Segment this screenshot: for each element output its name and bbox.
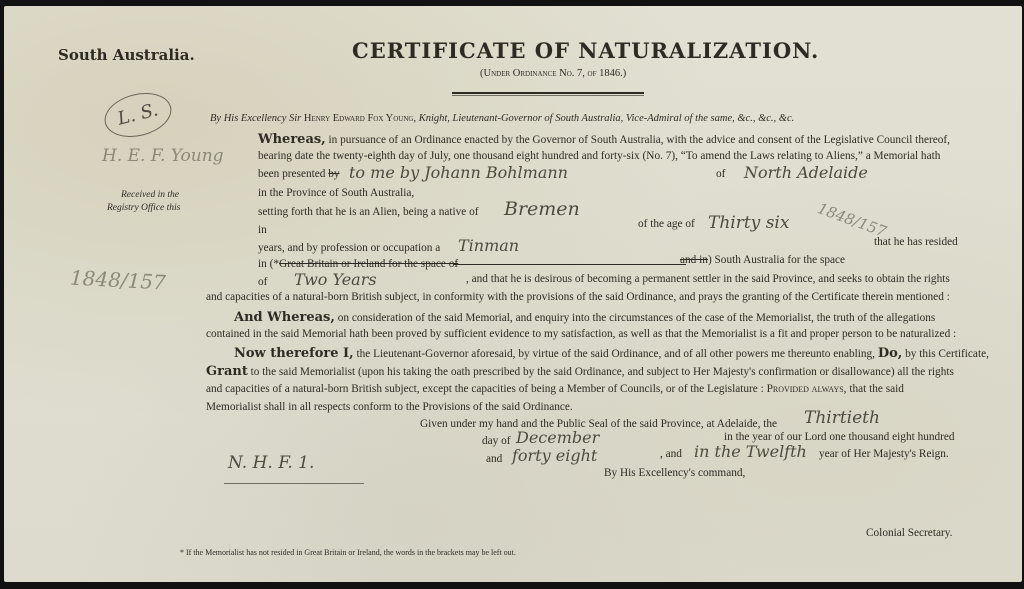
of-label: of [716, 169, 725, 180]
filled-reign-year: in the Twelfth [694, 442, 807, 461]
title-rule-thin [452, 95, 644, 96]
body-text: on consideration of the said Memorial, a… [338, 312, 936, 324]
body-line-4: in the Province of South Australia, [258, 188, 414, 199]
body-line-13: Now therefore I, the Lieutenant-Governor… [234, 347, 989, 360]
received-label-2: Registry Office this [107, 203, 180, 213]
filled-day: Thirtieth [804, 408, 880, 428]
governor-name: Henry Edward Fox Young, [304, 113, 416, 124]
intro-rest: Knight, Lieutenant-Governor of South Aus… [419, 113, 795, 124]
day-of-label: day of [482, 436, 511, 447]
filled-presenter: to me by Johann Bohlmann [349, 163, 568, 182]
intro-line: By His Excellency Sir Henry Edward Fox Y… [210, 114, 794, 125]
seal-ls: L. S. [100, 86, 176, 143]
title-rule [452, 92, 644, 94]
registry-number: 1848/157 [69, 266, 166, 295]
filled-occupation: Tinman [458, 236, 519, 255]
command-line: By His Excellency's command, [604, 468, 745, 479]
strike-rule [454, 264, 686, 265]
received-label-1: Received in the [121, 190, 179, 200]
filled-period: Two Years [294, 270, 377, 289]
now-therefore-word: Now therefore I, [234, 346, 354, 361]
margin-note-number: 1848/157 [815, 199, 889, 240]
body-line-10: and capacities of a natural-born British… [206, 292, 950, 303]
struck-text: Great Britain or Ireland for the space o… [279, 258, 458, 270]
page-title: CERTIFICATE OF NATURALIZATION. [352, 38, 819, 63]
whereas-word: Whereas, [258, 132, 326, 147]
filled-month: December [516, 428, 599, 447]
and-whereas-word: And Whereas, [234, 310, 335, 325]
body-line-9a: of [258, 277, 267, 288]
filled-residence: North Adelaide [744, 163, 868, 182]
body-text: the Lieutenant-Governor aforesaid, by vi… [356, 348, 875, 360]
file-reference-underline [224, 483, 364, 484]
body-line-8: in (*Great Britain or Ireland for the sp… [258, 259, 458, 270]
body-text: to the said Memorialist (upon his taking… [251, 366, 954, 378]
certificate-document: South Australia. CERTIFICATE OF NATURALI… [4, 6, 1022, 582]
filled-age: Thirty six [708, 213, 789, 233]
body-line-12: contained in the said Memorial hath been… [206, 329, 956, 340]
body-line-11: And Whereas, on consideration of the sai… [234, 311, 935, 324]
struck-text: by [328, 168, 339, 180]
struck-text: and in [680, 254, 708, 266]
body-line-16: Memorialist shall in all respects confor… [206, 402, 573, 413]
body-line-7: years, and by profession or occupation a [258, 243, 440, 254]
reign-line: year of Her Majesty's Reign. [819, 449, 949, 460]
body-line-15: and capacities of a natural-born British… [206, 384, 904, 395]
reign-and: , and [660, 449, 682, 460]
body-text: in (* [258, 258, 279, 270]
body-text: ) South Australia for the space [708, 254, 845, 266]
body-line-2: bearing date the twenty-eighth day of Ju… [258, 151, 940, 162]
age-label: of the age of [638, 219, 695, 230]
body-text: in pursuance of an Ordinance enacted by … [329, 134, 950, 146]
governor-signature: H. E. F. Young [102, 146, 224, 166]
resided-label: that he has resided [874, 237, 958, 248]
provided-always: Provided always, [767, 383, 847, 395]
body-line-3: been presented by [258, 169, 340, 180]
footnote: * If the Memorialist has not resided in … [180, 548, 516, 557]
file-reference: N. H. F. 1. [228, 453, 314, 473]
colonial-secretary-label: Colonial Secretary. [866, 528, 952, 539]
filled-native-of: Bremen [504, 198, 580, 220]
body-line-9b: , and that he is desirous of becoming a … [466, 274, 950, 285]
body-line-5: setting forth that he is an Alien, being… [258, 207, 479, 218]
body-line-8b: and in) South Australia for the space [680, 255, 845, 266]
grant-word: Grant [206, 364, 248, 379]
body-text: and capacities of a natural-born British… [206, 383, 764, 395]
colony-heading: South Australia. [58, 46, 195, 64]
body-line-1: Whereas, in pursuance of an Ordinance en… [258, 133, 950, 146]
and-label: and [486, 454, 502, 465]
page-subtitle: (Under Ordinance No. 7, of 1846.) [480, 68, 626, 79]
body-text: that the said [849, 383, 904, 395]
intro-by: By His Excellency Sir [210, 113, 301, 124]
do-word: Do, [878, 346, 902, 361]
body-text: been presented [258, 168, 325, 180]
filled-year-words: forty eight [512, 446, 597, 465]
body-text: by this Certificate, [905, 348, 989, 360]
body-line-14: Grant to the said Memorialist (upon his … [206, 365, 954, 378]
body-line-6a: in [258, 225, 267, 236]
